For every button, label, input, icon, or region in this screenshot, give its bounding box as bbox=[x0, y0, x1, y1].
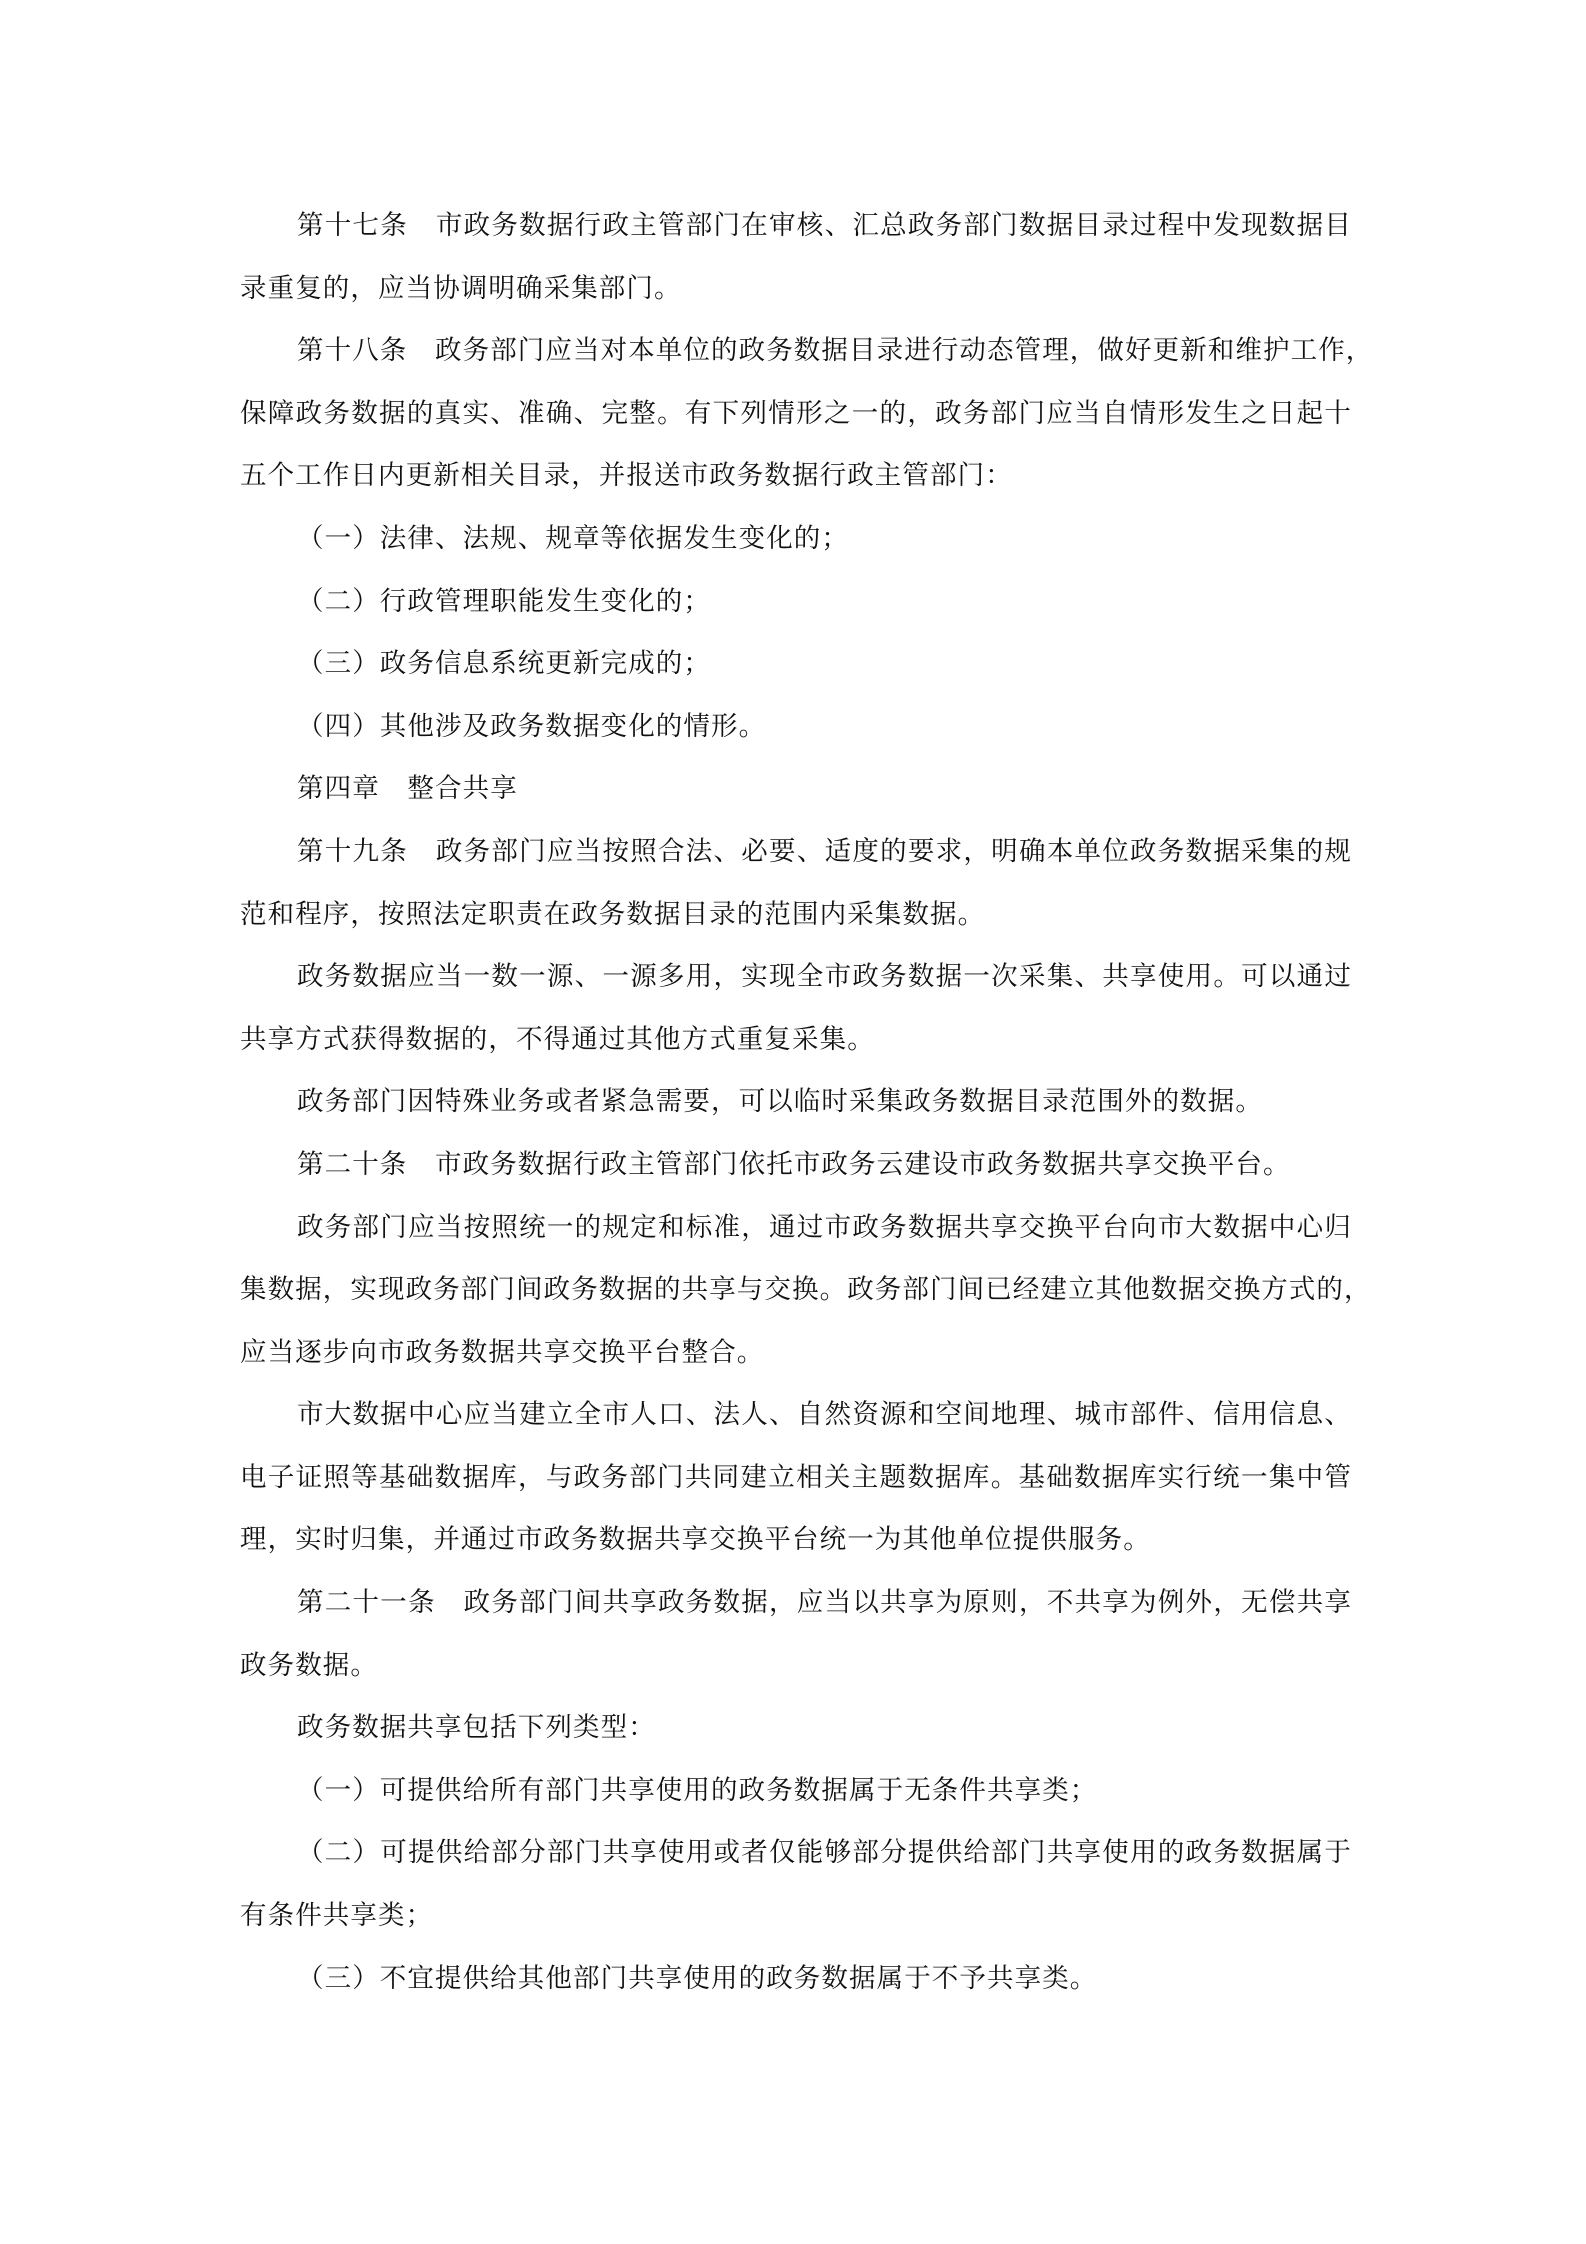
article-21-paragraph-2: 政务数据共享包括下列类型： bbox=[240, 1697, 1352, 1760]
chapter-title: 第四章 整合共享 bbox=[240, 758, 1352, 821]
article-19-paragraph-2: 政务数据应当一数一源、一源多用，实现全市政务数据一次采集、共享使用。可以通过 共… bbox=[240, 946, 1352, 1071]
list-item-text: （一）可提供给所有部门共享使用的政务数据属于无条件共享类； bbox=[240, 1760, 1352, 1823]
list-item-text: （四）其他涉及政务数据变化的情形。 bbox=[240, 696, 1352, 759]
article-19-paragraph: 第十九条 政务部门应当按照合法、必要、适度的要求，明确本单位政务数据采集的规 范… bbox=[240, 821, 1352, 946]
text-line: 理，实时归集，并通过市政务数据共享交换平台统一为其他单位提供服务。 bbox=[240, 1509, 1352, 1572]
article-21-item-3: （三）不宜提供给其他部门共享使用的政务数据属于不予共享类。 bbox=[240, 1948, 1352, 2011]
article-20-paragraph: 第二十条 市政务数据行政主管部门依托市政务云建设市政务数据共享交换平台。 bbox=[240, 1134, 1352, 1197]
document-body: 第十七条 市政务数据行政主管部门在审核、汇总政务部门数据目录过程中发现数据目 录… bbox=[240, 195, 1352, 2010]
chapter-4-heading: 第四章 整合共享 bbox=[240, 758, 1352, 821]
article-18-item-1: （一）法律、法规、规章等依据发生变化的； bbox=[240, 508, 1352, 571]
article-20-paragraph-2: 政务部门应当按照统一的规定和标准，通过市政务数据共享交换平台向市大数据中心归 集… bbox=[240, 1197, 1352, 1385]
text-line: 市大数据中心应当建立全市人口、法人、自然资源和空间地理、城市部件、信用信息、 bbox=[240, 1384, 1352, 1447]
list-item-text: （三）不宜提供给其他部门共享使用的政务数据属于不予共享类。 bbox=[240, 1948, 1352, 2011]
article-20-paragraph-3: 市大数据中心应当建立全市人口、法人、自然资源和空间地理、城市部件、信用信息、 电… bbox=[240, 1384, 1352, 1572]
text-line: 保障政务数据的真实、准确、完整。有下列情形之一的，政务部门应当自情形发生之日起十 bbox=[240, 383, 1352, 446]
article-17-paragraph: 第十七条 市政务数据行政主管部门在审核、汇总政务部门数据目录过程中发现数据目 录… bbox=[240, 195, 1352, 320]
article-19-paragraph-3: 政务部门因特殊业务或者紧急需要，可以临时采集政务数据目录范围外的数据。 bbox=[240, 1071, 1352, 1134]
article-18-item-2: （二）行政管理职能发生变化的； bbox=[240, 571, 1352, 634]
text-line: 第十七条 市政务数据行政主管部门在审核、汇总政务部门数据目录过程中发现数据目 bbox=[240, 195, 1352, 258]
list-item-text: （二）行政管理职能发生变化的； bbox=[240, 571, 1352, 634]
article-18-item-4: （四）其他涉及政务数据变化的情形。 bbox=[240, 696, 1352, 759]
document-page: 第十七条 市政务数据行政主管部门在审核、汇总政务部门数据目录过程中发现数据目 录… bbox=[0, 0, 1586, 2244]
text-line: 政务部门应当按照统一的规定和标准，通过市政务数据共享交换平台向市大数据中心归 bbox=[240, 1197, 1352, 1260]
article-18-item-3: （三）政务信息系统更新完成的； bbox=[240, 633, 1352, 696]
article-21-item-2: （二）可提供给部分部门共享使用或者仅能够部分提供给部门共享使用的政务数据属于 有… bbox=[240, 1822, 1352, 1947]
article-21-item-1: （一）可提供给所有部门共享使用的政务数据属于无条件共享类； bbox=[240, 1760, 1352, 1823]
text-line: 集数据，实现政务部门间政务数据的共享与交换。政务部门间已经建立其他数据交换方式的… bbox=[240, 1259, 1352, 1322]
text-line: 第十九条 政务部门应当按照合法、必要、适度的要求，明确本单位政务数据采集的规 bbox=[240, 821, 1352, 884]
text-line: 政务数据应当一数一源、一源多用，实现全市政务数据一次采集、共享使用。可以通过 bbox=[240, 946, 1352, 1009]
text-line: 五个工作日内更新相关目录，并报送市政务数据行政主管部门： bbox=[240, 445, 1352, 508]
list-item-text: （三）政务信息系统更新完成的； bbox=[240, 633, 1352, 696]
text-line: 录重复的，应当协调明确采集部门。 bbox=[240, 258, 1352, 321]
text-line: 政务部门因特殊业务或者紧急需要，可以临时采集政务数据目录范围外的数据。 bbox=[240, 1071, 1352, 1134]
text-line: 政务数据共享包括下列类型： bbox=[240, 1697, 1352, 1760]
text-line: 第二十条 市政务数据行政主管部门依托市政务云建设市政务数据共享交换平台。 bbox=[240, 1134, 1352, 1197]
article-18-paragraph: 第十八条 政务部门应当对本单位的政务数据目录进行动态管理，做好更新和维护工作， … bbox=[240, 320, 1352, 508]
text-line: 应当逐步向市政务数据共享交换平台整合。 bbox=[240, 1322, 1352, 1385]
list-item-text: （一）法律、法规、规章等依据发生变化的； bbox=[240, 508, 1352, 571]
article-21-paragraph: 第二十一条 政务部门间共享政务数据，应当以共享为原则，不共享为例外，无偿共享 政… bbox=[240, 1572, 1352, 1697]
text-line: 第二十一条 政务部门间共享政务数据，应当以共享为原则，不共享为例外，无偿共享 bbox=[240, 1572, 1352, 1635]
text-line: 共享方式获得数据的，不得通过其他方式重复采集。 bbox=[240, 1009, 1352, 1072]
list-item-text: 有条件共享类； bbox=[240, 1885, 1352, 1948]
text-line: 范和程序，按照法定职责在政务数据目录的范围内采集数据。 bbox=[240, 884, 1352, 947]
list-item-text: （二）可提供给部分部门共享使用或者仅能够部分提供给部门共享使用的政务数据属于 bbox=[240, 1822, 1352, 1885]
text-line: 第十八条 政务部门应当对本单位的政务数据目录进行动态管理，做好更新和维护工作， bbox=[240, 320, 1352, 383]
text-line: 政务数据。 bbox=[240, 1635, 1352, 1698]
text-line: 电子证照等基础数据库，与政务部门共同建立相关主题数据库。基础数据库实行统一集中管 bbox=[240, 1447, 1352, 1510]
